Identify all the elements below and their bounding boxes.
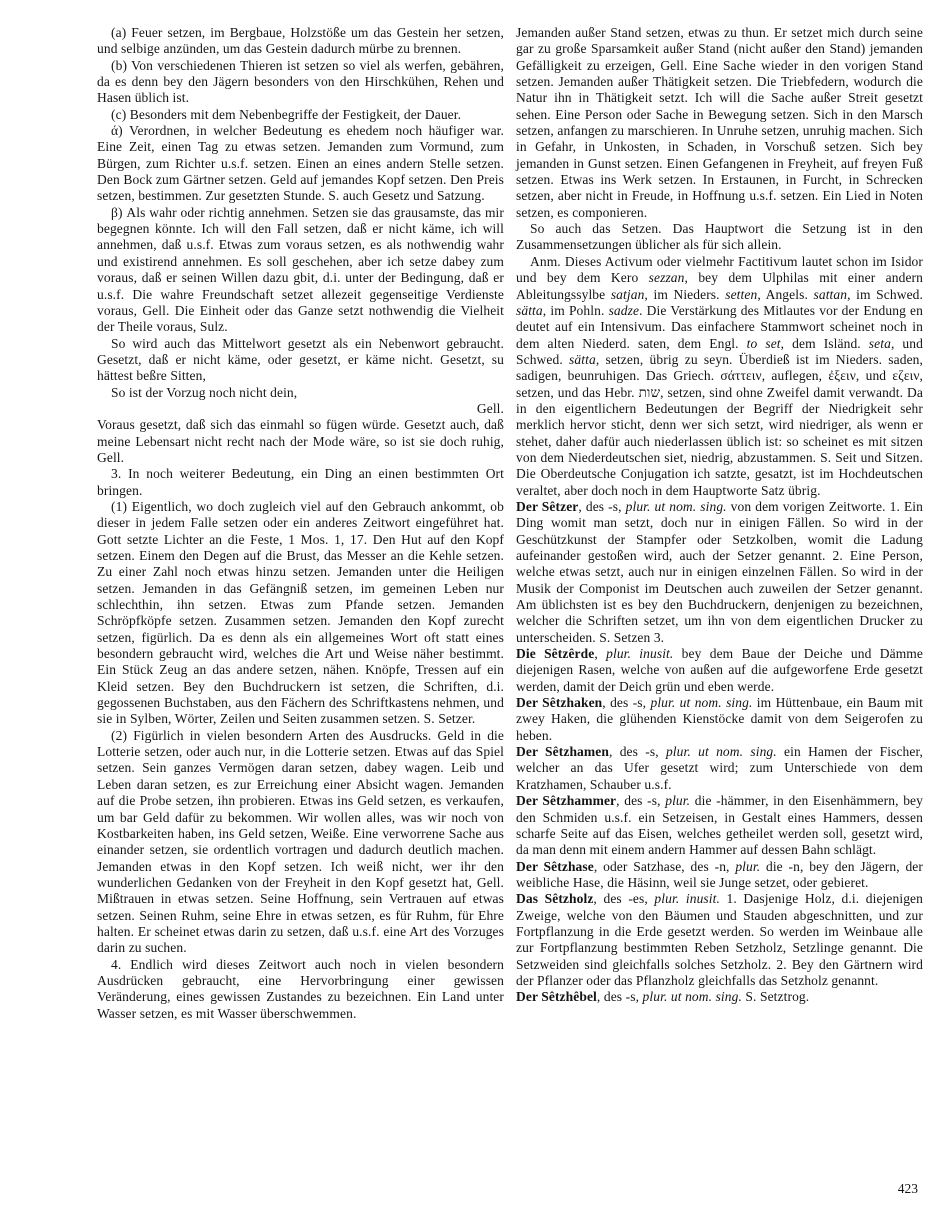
text-segment: , dem Isländ. [781,336,869,351]
paragraph: (2) Figürlich in vielen besondern Arten … [97,728,504,957]
italic-text: sattan [814,287,848,302]
paragraph: Voraus gesetzt, daß sich das einmahl so … [97,417,504,466]
italic-text: plur. [665,793,690,808]
citation: Gell. [97,401,504,417]
paragraph: Der Sêtzhammer, des -s, plur. die -hämme… [516,793,923,858]
text-segment: ά) Verordnen, in welcher Bedeutung es eh… [97,123,504,203]
text-segment: 4. Endlich wird dieses Zeitwort auch noc… [97,957,504,1021]
paragraph: So wird auch das Mittelwort gesetzt als … [97,336,504,385]
text-segment: 3. In noch weiterer Bedeutung, ein Ding … [97,466,504,497]
dictionary-page: (a) Feuer setzen, im Bergbaue, Holzstöße… [0,0,935,1210]
headword: Die Sêtzêrde [516,646,594,661]
paragraph: Der Sêtzhamen, des -s, plur. ut nom. sin… [516,744,923,793]
paragraph: Der Sêtzhêbel, des -s, plur. ut nom. sin… [516,989,923,1005]
text-segment: , des -s, [578,499,625,514]
text-segment: , des -es, [593,891,654,906]
text-segment: (1) Eigentlich, wo doch zugleich viel au… [97,499,504,726]
text-segment: , [594,646,606,661]
text-segment: (c) Besonders mit dem Nebenbegriffe der … [111,107,461,122]
text-segment: Jemanden außer Stand setzen, etwas zu th… [516,25,923,220]
italic-text: seta [869,336,891,351]
text-segment: , setzen, übrig zu seyn. Überdieß ist im… [516,352,923,498]
paragraph: ά) Verordnen, in welcher Bedeutung es eh… [97,123,504,205]
paragraph: 4. Endlich wird dieses Zeitwort auch noc… [97,957,504,1022]
paragraph: β) Als wahr oder richtig annehmen. Setze… [97,205,504,336]
text-segment: , des -s, [602,695,650,710]
italic-text: setten [725,287,757,302]
paragraph: 3. In noch weiterer Bedeutung, ein Ding … [97,466,504,499]
headword: Der Sêtzhaken [516,695,602,710]
paragraph: Anm. Dieses Activum oder vielmehr Factit… [516,254,923,499]
text-segment: So auch das Setzen. Das Hauptwort die Se… [516,221,923,252]
text-segment: , im Pohln. [543,303,609,318]
italic-text: satjan [611,287,645,302]
headword: Der Sêtzer [516,499,578,514]
text-segment: , im Nieders. [644,287,725,302]
paragraph: Der Sêtzhase, oder Satzhase, des -n, plu… [516,859,923,892]
italic-text: plur. ut nom. sing. [666,744,777,759]
text-segment: , oder Satzhase, des -n, [594,859,735,874]
left-column: (a) Feuer setzen, im Bergbaue, Holzstöße… [97,25,504,1022]
text-segment: , im Schwed. [847,287,923,302]
italic-text: plur. ut nom. sing. [626,499,727,514]
italic-text: sadze [609,303,640,318]
paragraph: (a) Feuer setzen, im Bergbaue, Holzstöße… [97,25,504,58]
italic-text: plur. ut nom. sing. [643,989,742,1004]
right-column: Jemanden außer Stand setzen, etwas zu th… [516,25,923,1006]
paragraph: (1) Eigentlich, wo doch zugleich viel au… [97,499,504,728]
italic-text: plur. inusit. [654,891,720,906]
italic-text: plur. [735,859,760,874]
paragraph: (c) Besonders mit dem Nebenbegriffe der … [97,107,504,123]
text-segment: (a) Feuer setzen, im Bergbaue, Holzstöße… [97,25,504,56]
text-segment: , des -s, [609,744,666,759]
headword: Der Sêtzhamen [516,744,609,759]
paragraph: (b) Von verschiedenen Thieren ist setzen… [97,58,504,107]
italic-text: plur. inusit. [606,646,673,661]
italic-text: sätta [516,303,543,318]
headword: Der Sêtzhêbel [516,989,597,1004]
paragraph: So auch das Setzen. Das Hauptwort die Se… [516,221,923,254]
text-segment: So wird auch das Mittelwort gesetzt als … [97,336,504,384]
text-segment: β) Als wahr oder richtig annehmen. Setze… [97,205,504,334]
verse-line: So ist der Vorzug noch nicht dein, [97,385,504,401]
text-segment: (b) Von verschiedenen Thieren ist setzen… [97,58,504,106]
headword: Der Sêtzhammer [516,793,616,808]
text-segment: von dem vorigen Zeitworte. 1. Ein Ding w… [516,499,923,645]
text-segment: , des -s, [616,793,665,808]
paragraph: Der Sêtzhaken, des -s, plur. ut nom. sin… [516,695,923,744]
italic-text: to set [747,336,781,351]
page-number: 423 [898,1181,918,1197]
text-segment: , Angels. [757,287,813,302]
paragraph: Die Sêtzêrde, plur. inusit. bey dem Baue… [516,646,923,695]
italic-text: sätta [569,352,596,367]
text-segment: , des -s, [597,989,643,1004]
text-segment: Gell. [477,401,504,416]
paragraph: Jemanden außer Stand setzen, etwas zu th… [516,25,923,221]
text-segment: Voraus gesetzt, daß sich das einmahl so … [97,417,504,465]
text-segment: (2) Figürlich in vielen besondern Arten … [97,728,504,955]
text-segment: S. Setztrog. [742,989,809,1004]
paragraph: Das Sêtzholz, des -es, plur. inusit. 1. … [516,891,923,989]
italic-text: sezzan [649,270,685,285]
text-segment: So ist der Vorzug noch nicht dein, [111,385,297,400]
headword: Das Sêtzholz [516,891,593,906]
headword: Der Sêtzhase [516,859,594,874]
italic-text: plur. ut nom. sing. [650,695,752,710]
paragraph: Der Sêtzer, des -s, plur. ut nom. sing. … [516,499,923,646]
